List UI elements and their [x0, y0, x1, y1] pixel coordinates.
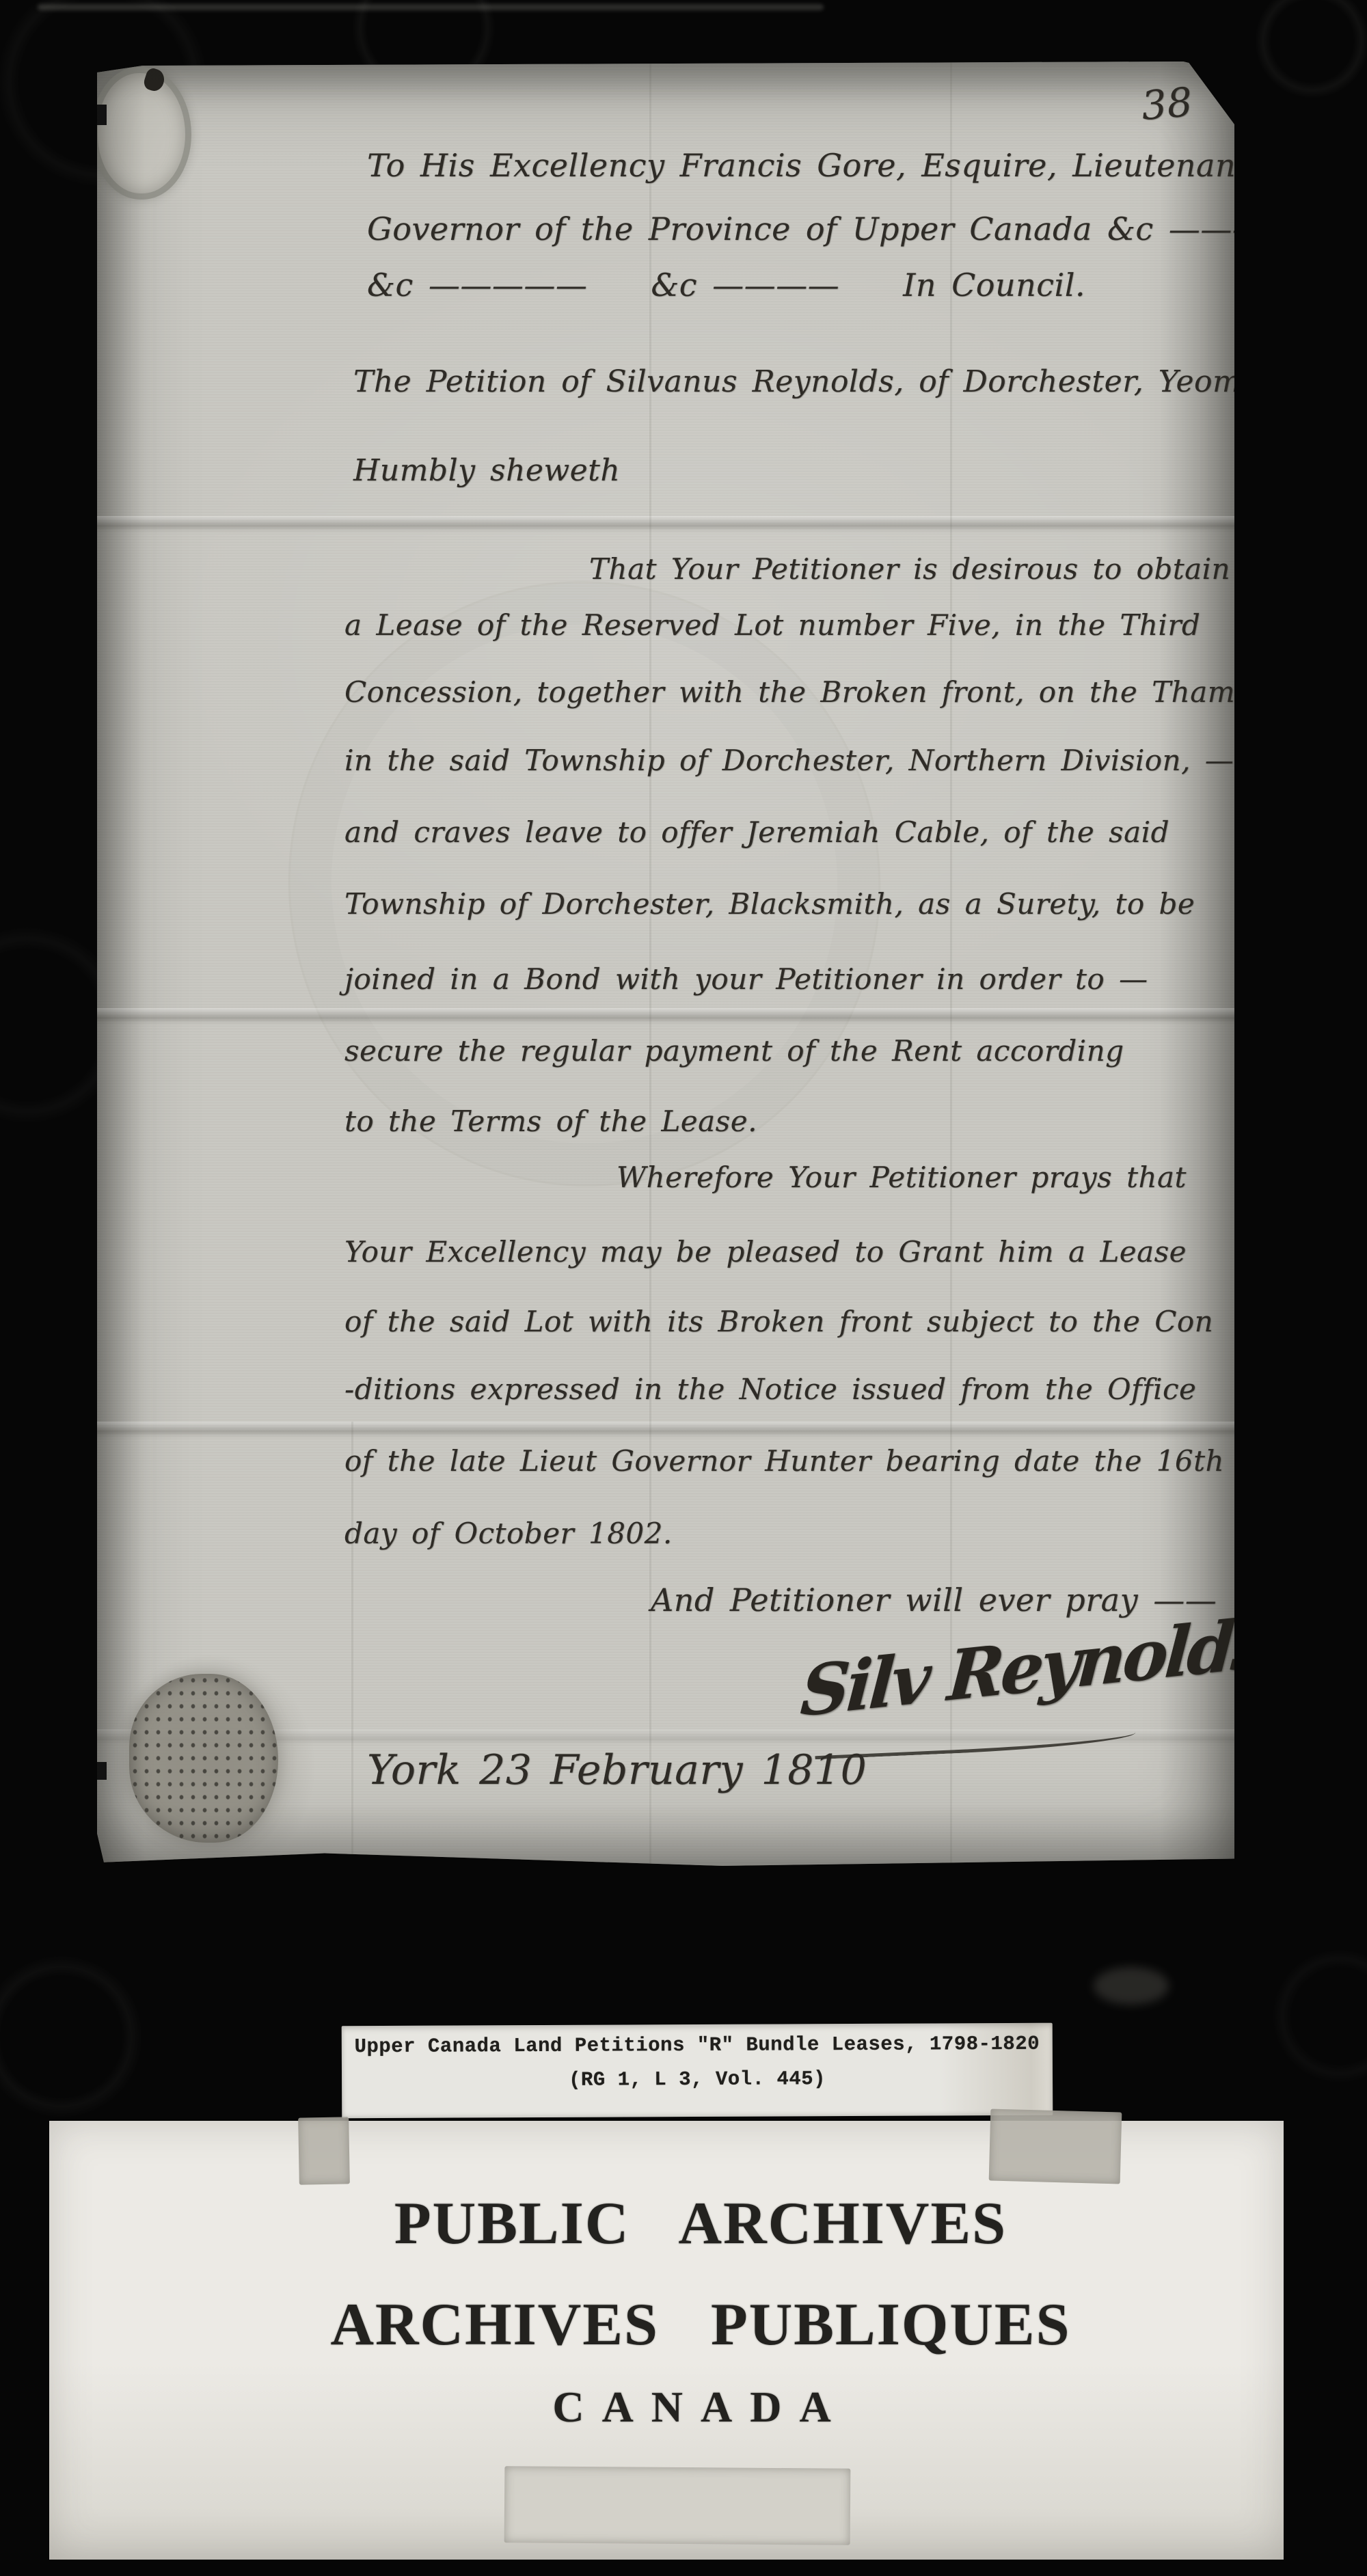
body-line: Township of Dorchester, Blacksmith, as a…: [344, 887, 1195, 921]
closing-line: And Petitioner will ever pray ——: [651, 1582, 1217, 1618]
archival-scan: 38 To His Excellency Francis Gore, Esqui…: [0, 0, 1367, 2576]
tape-piece-left: [298, 2117, 350, 2184]
body-line: day of October 1802.: [344, 1517, 673, 1550]
fold-crease: [97, 516, 1234, 534]
petitioner-signature: Silv Reynolds: [798, 1601, 1269, 1732]
body-line: Concession, together with the Broken fro…: [344, 675, 1277, 709]
label-title: Upper Canada Land Petitions "R" Bundle L…: [342, 2033, 1053, 2059]
tape-piece-right: [989, 2109, 1122, 2184]
body-line: in the said Township of Dorchester, Nort…: [344, 744, 1234, 777]
embossed-seal-stain: [129, 1674, 278, 1843]
archives-card-canada: CANADA: [83, 2382, 1318, 2432]
body-line: of the said Lot with its Broken front su…: [344, 1305, 1213, 1338]
scan-smudge: [1094, 1967, 1169, 2005]
body-line: a Lease of the Reserved Lot number Five,…: [344, 608, 1200, 642]
page-number: 38: [1139, 79, 1194, 129]
tape-piece-bottom: [504, 2466, 851, 2545]
body-line: secure the regular payment of the Rent a…: [344, 1034, 1124, 1068]
edge-mark: [97, 105, 107, 125]
body-line: That Your Petitioner is desirous to obta…: [589, 552, 1230, 586]
address-line: To His Excellency Francis Gore, Esquire,…: [367, 147, 1249, 184]
body-line: -ditions expressed in the Notice issued …: [344, 1372, 1196, 1406]
address-line: Governor of the Province of Upper Canada…: [367, 211, 1359, 247]
fold-crease: [97, 1422, 1234, 1439]
wax-seal-stain: [92, 67, 191, 200]
petition-intro-line: Humbly sheweth: [353, 453, 620, 488]
label-reference: (RG 1, L 3, Vol. 445): [342, 2067, 1053, 2093]
body-line: to the Terms of the Lease.: [344, 1104, 757, 1138]
body-line: and craves leave to offer Jeremiah Cable…: [344, 815, 1169, 849]
scan-artifact-streak: [38, 4, 824, 10]
body-line: of the late Lieut Governor Hunter bearin…: [344, 1444, 1267, 1478]
petition-intro-line: The Petition of Silvanus Reynolds, of Do…: [353, 364, 1280, 399]
fold-crease: [97, 1008, 1234, 1026]
archives-card-french: ARCHIVES PUBLIQUES: [83, 2290, 1318, 2359]
body-line: Your Excellency may be pleased to Grant …: [344, 1235, 1187, 1269]
dateline: York 23 February 1810: [367, 1746, 867, 1794]
edge-mark: [97, 1762, 107, 1780]
address-line: &c ————— &c ———— In Council.: [367, 267, 1085, 303]
archives-card-english: PUBLIC ARCHIVES: [83, 2189, 1318, 2258]
body-line: Wherefore Your Petitioner prays that: [617, 1161, 1187, 1194]
petition-document-page: 38 To His Excellency Francis Gore, Esqui…: [97, 62, 1234, 1866]
scan-streak: [351, 1422, 353, 1866]
body-line: joined in a Bond with your Petitioner in…: [344, 962, 1148, 996]
archival-reference-label: Upper Canada Land Petitions "R" Bundle L…: [342, 2023, 1053, 2119]
